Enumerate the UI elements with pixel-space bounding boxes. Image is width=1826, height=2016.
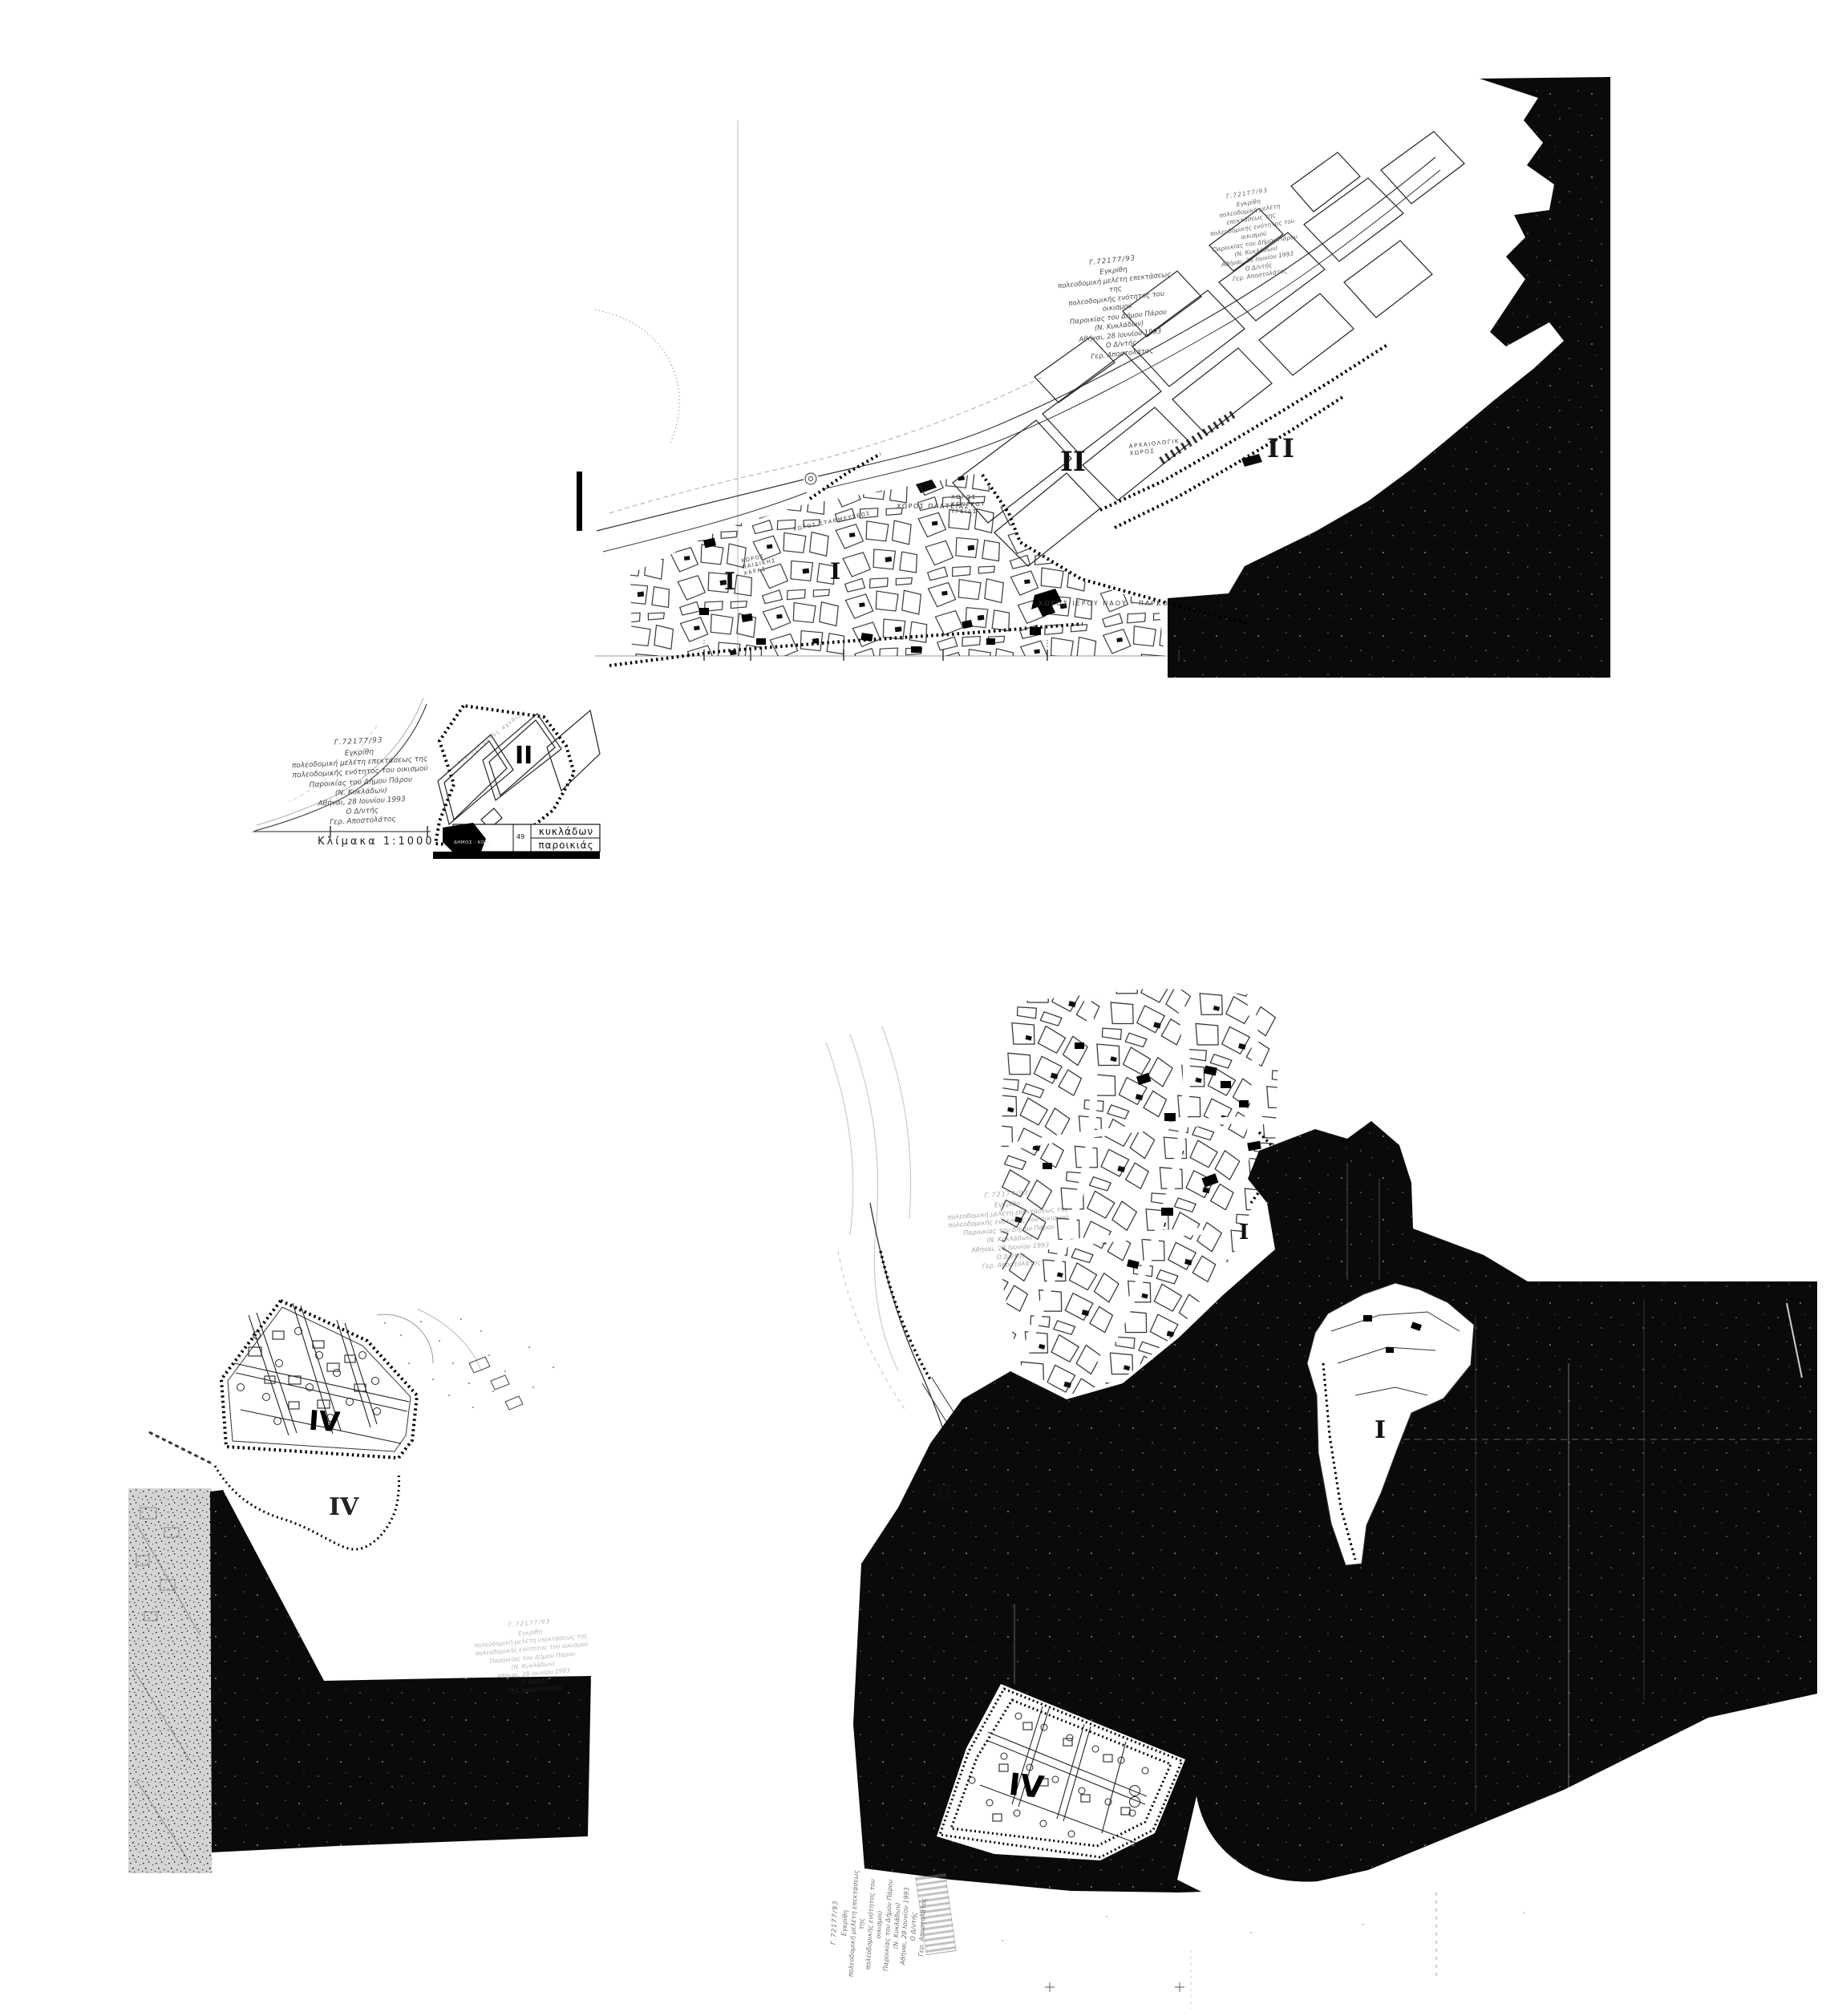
- approval-stamp-top-b: Γ.72177/93Εγκρίθηπολεοδομική μελέτη επεκ…: [1052, 250, 1183, 365]
- titleblock-sheet-no: 49: [516, 833, 524, 840]
- place-label-health-center: ΧΩΡΟΣ ΚΕΝΤΡΟΥ ΥΓΕΙΑΣ: [951, 494, 999, 515]
- approval-stamp-bottom-left: Γ.72177/93Εγκρίθηπολεοδομική μελέτη επεκ…: [469, 1614, 596, 1699]
- district-label-iv-area: IV: [329, 1493, 358, 1521]
- approval-stamp-bottom-right: Γ.72177/93Εγκρίθηπολεοδομική μελέτη επεκ…: [942, 1186, 1076, 1274]
- place-label-church-park: ΧΩΡΟΣ ΙΕΡΟΥ ΝΑΟΥ - ΠΑΡΚΟ: [1039, 600, 1169, 607]
- titleblock-org: ΔΗΜΟΣ - ΚΟΙΝ.: [454, 840, 492, 845]
- scale-label: Κλίμακα 1:1000: [318, 836, 435, 848]
- approval-stamp-top-a: Γ.72177/93Εγκρίθηπολεοδομική μελέτη επεκ…: [1199, 182, 1308, 287]
- scanned-planning-map-composite: Γ.72177/93Εγκρίθηπολεοδομική μελέτη επεκ…: [0, 0, 1826, 2016]
- bottom-left-map-sheet: [128, 1301, 591, 1873]
- district-label-ii-left-sheet: II: [515, 742, 532, 770]
- district-label-ii-bottom: II: [935, 1480, 953, 1504]
- district-label-iv-bottom: IV: [1007, 1767, 1046, 1805]
- district-label-i-left: I: [724, 568, 735, 596]
- district-label-i-peninsula: I: [1375, 1416, 1386, 1444]
- district-label-ii-outline: II: [1267, 433, 1298, 464]
- district-label-i-right: I: [830, 558, 840, 585]
- titleblock-town: παροικιάς: [534, 840, 598, 851]
- map-linework: [0, 0, 1826, 2016]
- sea-top: [1168, 77, 1610, 678]
- approval-stamp-left: Γ.72177/93Εγκρίθηπολεοδομική μελέτη επεκ…: [282, 733, 439, 830]
- titleblock-prefecture: κυκλάδων: [534, 826, 598, 837]
- bottom-right-map-sheet: [826, 988, 1817, 2009]
- district-label-i-town: I: [1239, 1221, 1249, 1245]
- district-label-ii-bold: II: [1060, 446, 1086, 478]
- district-label-iv-grid: IV: [308, 1405, 342, 1439]
